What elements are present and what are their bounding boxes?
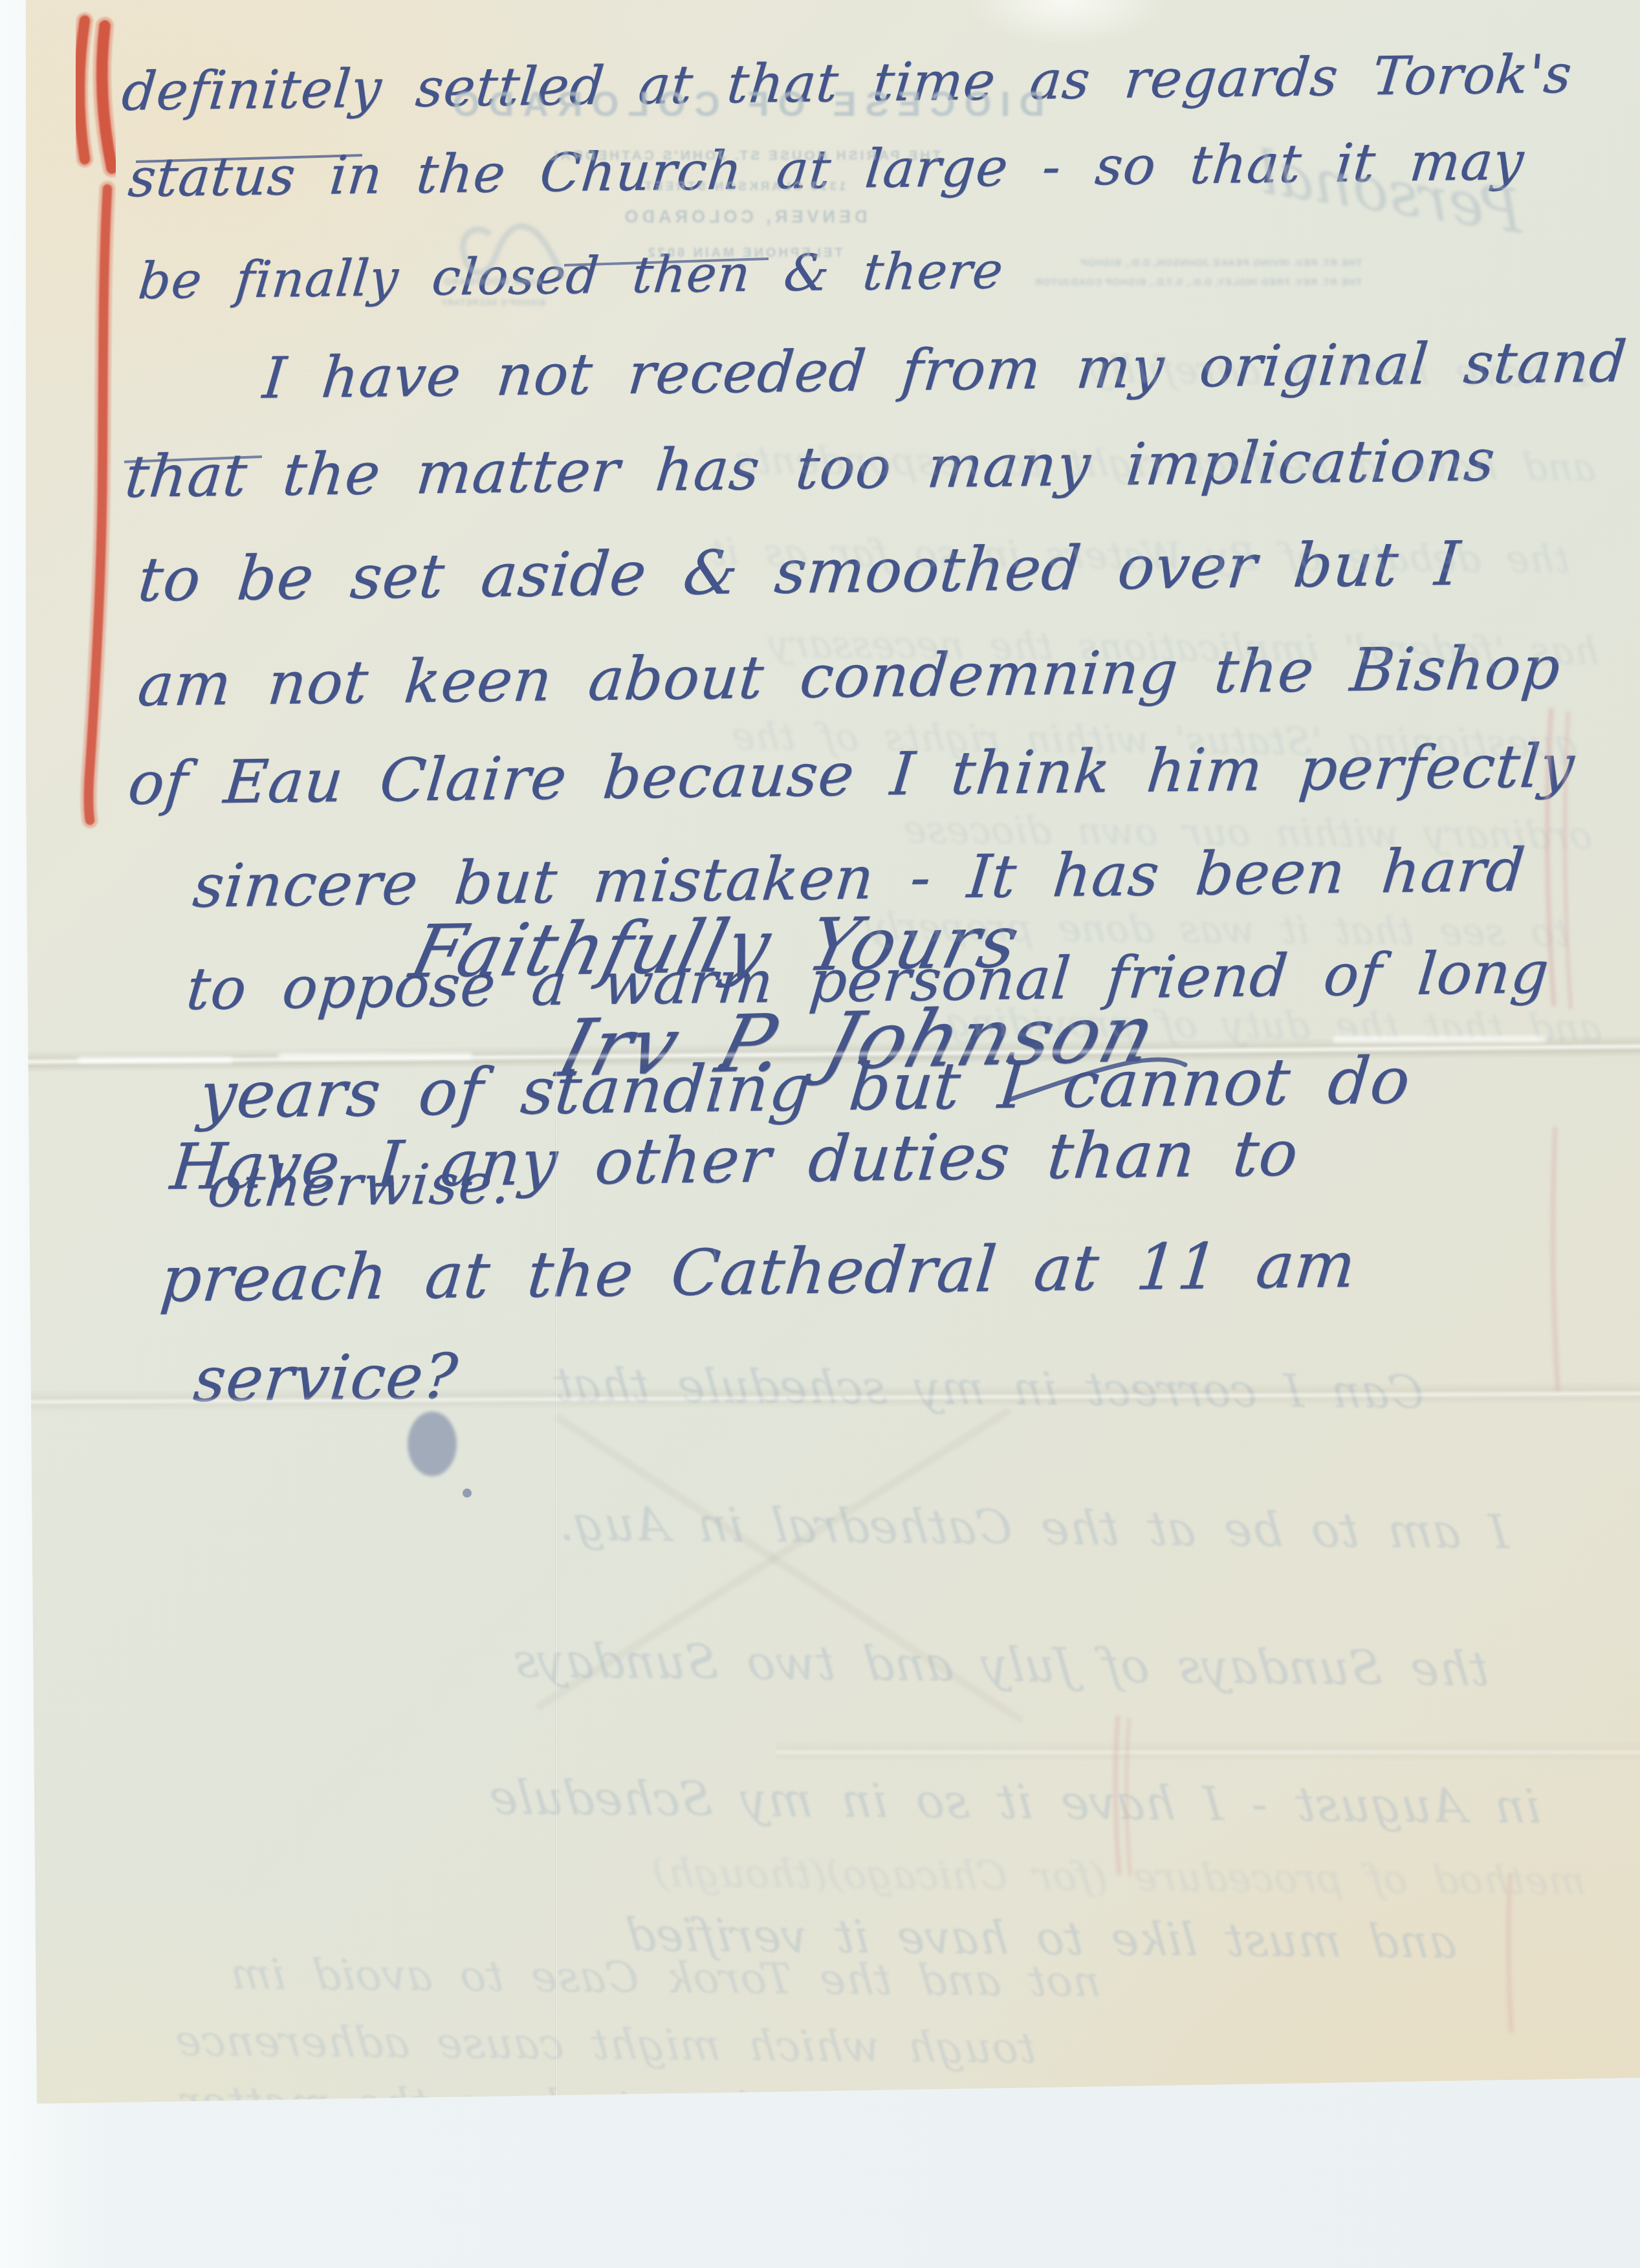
ink-flourishes: [124, 155, 1185, 1498]
diagonal-crease: [556, 1417, 1022, 1721]
pink-bleed-marks: [1115, 708, 1571, 2033]
ink-smudge: [408, 1412, 457, 1476]
red-stroke-1: [80, 21, 85, 159]
pink-stroke: [1126, 1718, 1130, 1876]
red-crayon-marks: [80, 21, 112, 820]
crossbar-then-there: [564, 259, 769, 265]
crossbar-status: [136, 155, 362, 162]
ink-dot: [463, 1488, 472, 1498]
scanner-bed: DIOCESE OF COLORADO THE PARISH HOUSE ST.…: [0, 0, 1640, 2268]
letter-page: DIOCESE OF COLORADO THE PARISH HOUSE ST.…: [0, 0, 1640, 2268]
pink-stroke: [1553, 1127, 1558, 1391]
pink-stroke: [1565, 712, 1571, 1009]
diagonal-impressions: [537, 1410, 1022, 1721]
pink-stroke: [1509, 1875, 1511, 2033]
margin-marks-layer: [0, 0, 1640, 2268]
bleed-script-squiggle: [463, 226, 563, 278]
pink-stroke: [1547, 708, 1554, 1006]
pink-stroke: [1115, 1716, 1119, 1875]
crossbar-that: [124, 457, 262, 462]
signature-flourish: [1009, 1060, 1185, 1100]
